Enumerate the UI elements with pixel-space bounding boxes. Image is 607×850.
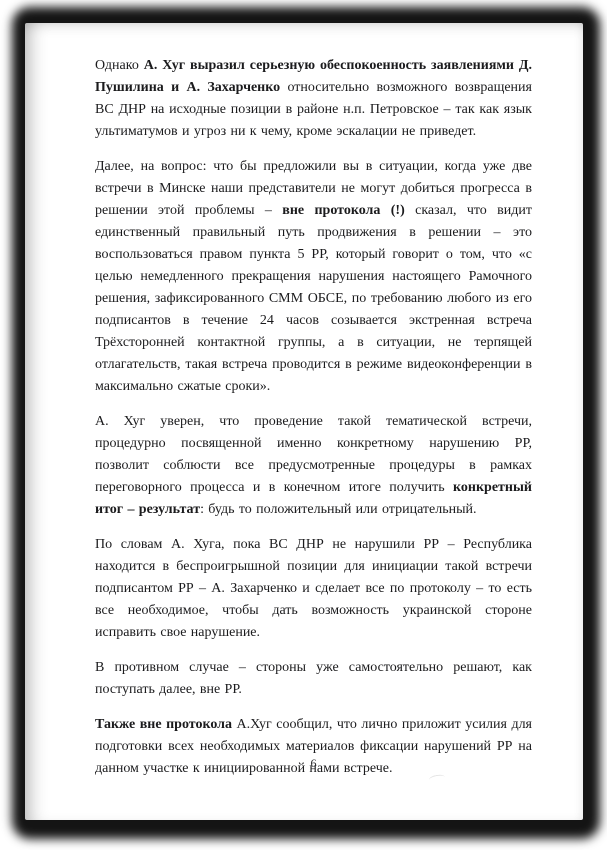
bold-text-run: вне протокола (!) (282, 203, 404, 218)
text-run: По словам А. Хуга, пока ВС ДНР не наруши… (95, 537, 532, 640)
paragraph: Однако А. Хуг выразил серьезную обеспоко… (95, 55, 532, 143)
page-number: 6 (95, 756, 532, 771)
text-run: сказал, что видит единственный правильны… (95, 203, 532, 394)
paragraph: В противном случае – стороны уже самосто… (95, 657, 532, 701)
bold-text-run: Также вне протокола (95, 717, 232, 732)
text-run: : будь то положительный или отрицательны… (200, 502, 476, 517)
paragraph: Далее, на вопрос: что бы предложили вы в… (95, 156, 532, 398)
paragraph: По словам А. Хуга, пока ВС ДНР не наруши… (95, 534, 532, 644)
document-body: Однако А. Хуг выразил серьезную обеспоко… (95, 55, 532, 793)
scanned-page-photo: Однако А. Хуг выразил серьезную обеспоко… (0, 0, 607, 850)
paragraph: А. Хуг уверен, что проведение такой тема… (95, 411, 532, 521)
text-run: В противном случае – стороны уже самосто… (95, 660, 532, 697)
document-page: Однако А. Хуг выразил серьезную обеспоко… (25, 23, 583, 820)
text-run: Однако (95, 58, 144, 73)
